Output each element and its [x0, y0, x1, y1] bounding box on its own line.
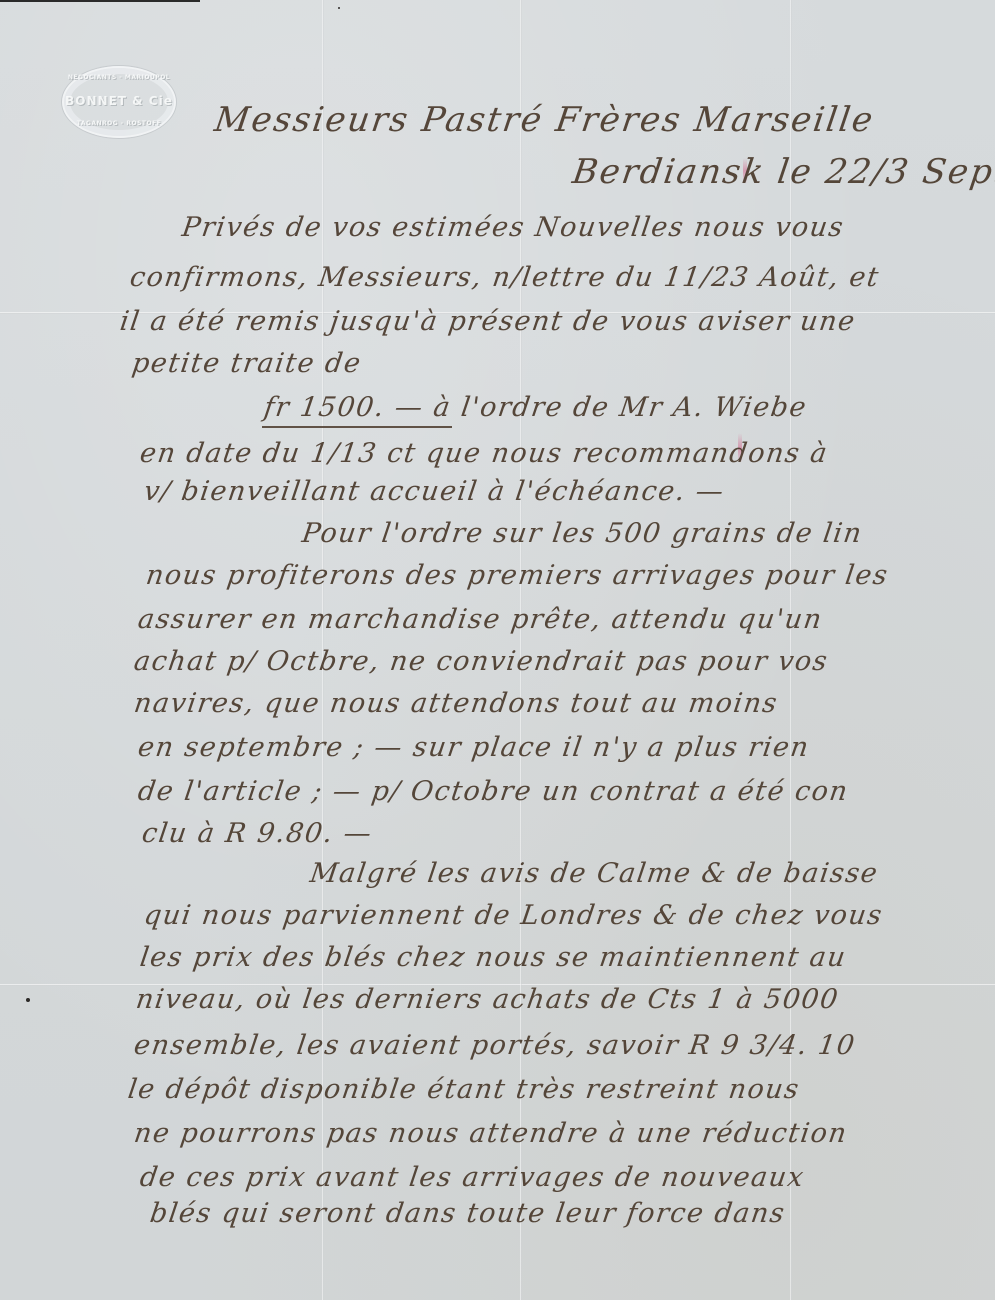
body-line: il a été remis jusqu'à présent de vous a… — [118, 306, 858, 337]
draft-amount-line: fr 1500. — à l'ordre de Mr A. Wiebe — [262, 392, 809, 423]
scan-edge — [0, 0, 200, 2]
stamp-bottom-text: TAGANROG - ROSTOFF — [64, 120, 174, 127]
body-line: petite traite de — [130, 348, 364, 379]
body-line: Privés de vos estimées Nouvelles nous vo… — [180, 212, 846, 243]
body-line: Malgré les avis de Calme & de baisse — [308, 858, 881, 889]
body-line: achat p/ Octbre, ne conviendrait pas pou… — [132, 646, 830, 677]
place-date: Berdiansk le 22/3 Septbre — [570, 152, 995, 192]
body-line: ne pourrons pas nous attendre à une rédu… — [132, 1118, 850, 1149]
stamp-top-text: NEGOCIANTS - MARIOUPOL — [64, 74, 174, 81]
body-line: niveau, où les derniers achats de Cts 1 … — [134, 984, 841, 1015]
body-line: confirmons, Messieurs, n/lettre du 11/23… — [128, 262, 882, 293]
body-line: blés qui seront dans toute leur force da… — [148, 1198, 787, 1229]
body-line: navires, que nous attendons tout au moin… — [132, 688, 780, 719]
body-line: de ces prix avant les arrivages de nouve… — [138, 1162, 807, 1193]
letter-page: NEGOCIANTS - MARIOUPOL BONNET & Cie TAGA… — [0, 0, 995, 1300]
body-line: v/ bienveillant accueil à l'échéance. — — [142, 476, 727, 507]
body-line: de l'article ; — p/ Octobre un contrat a… — [136, 776, 851, 807]
embossed-letterhead-stamp: NEGOCIANTS - MARIOUPOL BONNET & Cie TAGA… — [62, 66, 176, 138]
paper-speck — [26, 998, 30, 1002]
paper-speck — [338, 7, 340, 9]
body-line: clu à R 9.80. — — [140, 818, 374, 849]
body-line: en septembre ; — sur place il n'y a plus… — [136, 732, 812, 763]
body-line: le dépôt disponible étant très restreint… — [126, 1074, 802, 1105]
body-line: nous profiterons des premiers arrivages … — [144, 560, 891, 591]
body-line: Pour l'ordre sur les 500 grains de lin — [300, 518, 865, 549]
body-line: assurer en marchandise prête, attendu qu… — [136, 604, 825, 635]
body-line: en date du 1/13 ct que nous recommandons… — [138, 438, 830, 469]
body-line: ensemble, les avaient portés, savoir R 9… — [132, 1030, 858, 1061]
stamp-firm-name: BONNET & Cie — [64, 94, 174, 108]
salutation: Messieurs Pastré Frères Marseille — [212, 100, 877, 140]
amount-underline — [262, 426, 452, 428]
body-line: qui nous parviennent de Londres & de che… — [142, 900, 885, 931]
body-line: les prix des blés chez nous se maintienn… — [138, 942, 849, 973]
